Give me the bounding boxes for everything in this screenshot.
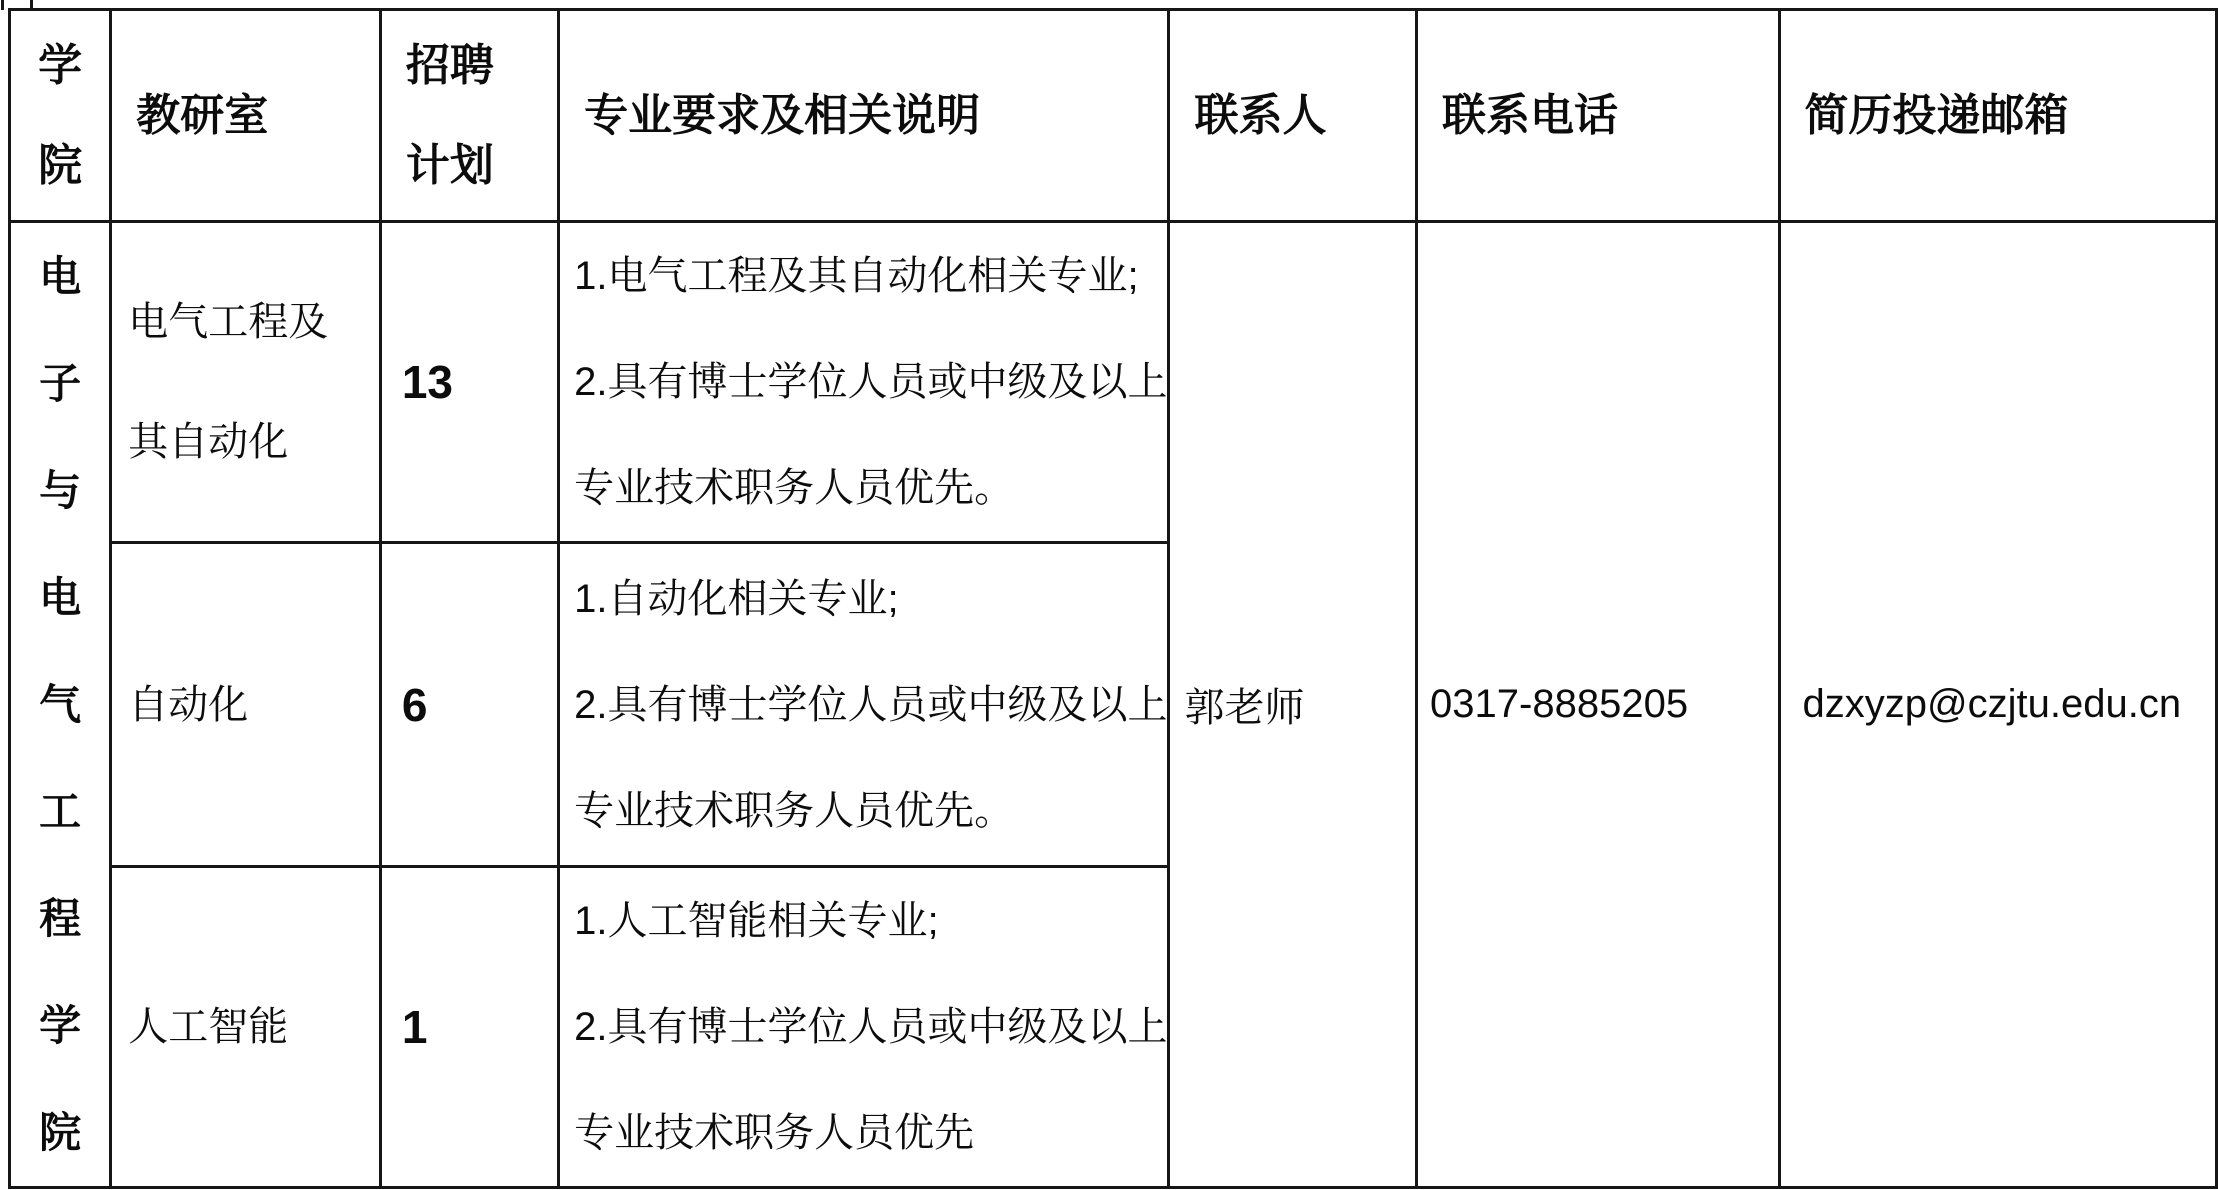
requirement-line: 专业技术职务人员优先。 (574, 758, 1167, 864)
header-phone-label: 联系电话 (1442, 66, 1777, 166)
header-phone: 联系电话 (1417, 10, 1779, 222)
recruitment-table: 学 院 教研室 招聘 计划 专业要求及相关说明 联系人 联系电话 简历投递邮箱 … (8, 8, 2218, 1189)
college-char: 气 (11, 651, 109, 758)
college-char: 电 (11, 544, 109, 651)
requirement-line: 1.人工智能相关专业; (574, 868, 1167, 974)
header-requirements-label: 专业要求及相关说明 (584, 66, 1167, 166)
office-line: 其自动化 (128, 382, 379, 502)
header-requirements: 专业要求及相关说明 (559, 10, 1169, 222)
requirement-line: 2.具有博士学位人员或中级及以上 (574, 974, 1167, 1080)
table-header-row: 学 院 教研室 招聘 计划 专业要求及相关说明 联系人 联系电话 简历投递邮箱 (10, 10, 2217, 222)
header-plan: 招聘 计划 (380, 10, 558, 222)
requirement-line: 2.具有博士学位人员或中级及以上 (574, 652, 1167, 758)
header-plan-line1: 招聘 (406, 16, 557, 116)
cell-plan-automation: 6 (380, 543, 558, 867)
header-college: 学 院 (10, 10, 111, 222)
header-college-line2: 院 (11, 116, 109, 216)
header-email: 简历投递邮箱 (1779, 10, 2216, 222)
header-office: 教研室 (111, 10, 381, 222)
cell-contact-email: dzxyzp@czjtu.edu.cn (1779, 222, 2216, 1188)
cell-plan-ai: 1 (380, 867, 558, 1188)
college-char: 工 (11, 758, 109, 865)
college-char: 学 (11, 972, 109, 1079)
office-line: 人工智能 (128, 967, 379, 1087)
requirement-line: 2.具有博士学位人员或中级及以上 (574, 329, 1167, 435)
header-contact: 联系人 (1169, 10, 1417, 222)
cell-requirements-electrical: 1.电气工程及其自动化相关专业; 2.具有博士学位人员或中级及以上 专业技术职务… (559, 222, 1169, 543)
requirement-line: 1.电气工程及其自动化相关专业; (574, 223, 1167, 329)
cell-office-ai: 人工智能 (111, 867, 381, 1188)
header-contact-label: 联系人 (1194, 66, 1415, 166)
cell-requirements-automation: 1.自动化相关专业; 2.具有博士学位人员或中级及以上 专业技术职务人员优先。 (559, 543, 1169, 867)
table-row-electrical-engineering: 电 子 与 电 气 工 程 学 院 电气工程及 其自动化 13 1.电气工程及其… (10, 222, 2217, 543)
college-char: 与 (11, 437, 109, 544)
requirement-line: 1.自动化相关专业; (574, 546, 1167, 652)
requirement-line: 专业技术职务人员优先 (574, 1080, 1167, 1186)
cell-office-automation: 自动化 (111, 543, 381, 867)
cell-contact-phone: 0317-8885205 (1417, 222, 1779, 1188)
header-email-label: 简历投递邮箱 (1805, 66, 2215, 166)
office-line: 电气工程及 (128, 262, 379, 382)
cell-office-electrical: 电气工程及 其自动化 (111, 222, 381, 543)
college-char: 程 (11, 865, 109, 972)
college-char: 电 (11, 223, 109, 330)
requirement-line: 专业技术职务人员优先。 (574, 435, 1167, 541)
header-college-line1: 学 (11, 16, 109, 116)
cell-plan-electrical: 13 (380, 222, 558, 543)
header-office-label: 教研室 (136, 66, 379, 166)
cell-college-name: 电 子 与 电 气 工 程 学 院 (10, 222, 111, 1188)
office-line: 自动化 (128, 645, 379, 765)
college-char: 子 (11, 330, 109, 437)
cell-requirements-ai: 1.人工智能相关专业; 2.具有博士学位人员或中级及以上 专业技术职务人员优先 (559, 867, 1169, 1188)
college-char: 院 (11, 1079, 109, 1186)
cell-contact-person: 郭老师 (1169, 222, 1417, 1188)
header-plan-line2: 计划 (406, 116, 557, 216)
